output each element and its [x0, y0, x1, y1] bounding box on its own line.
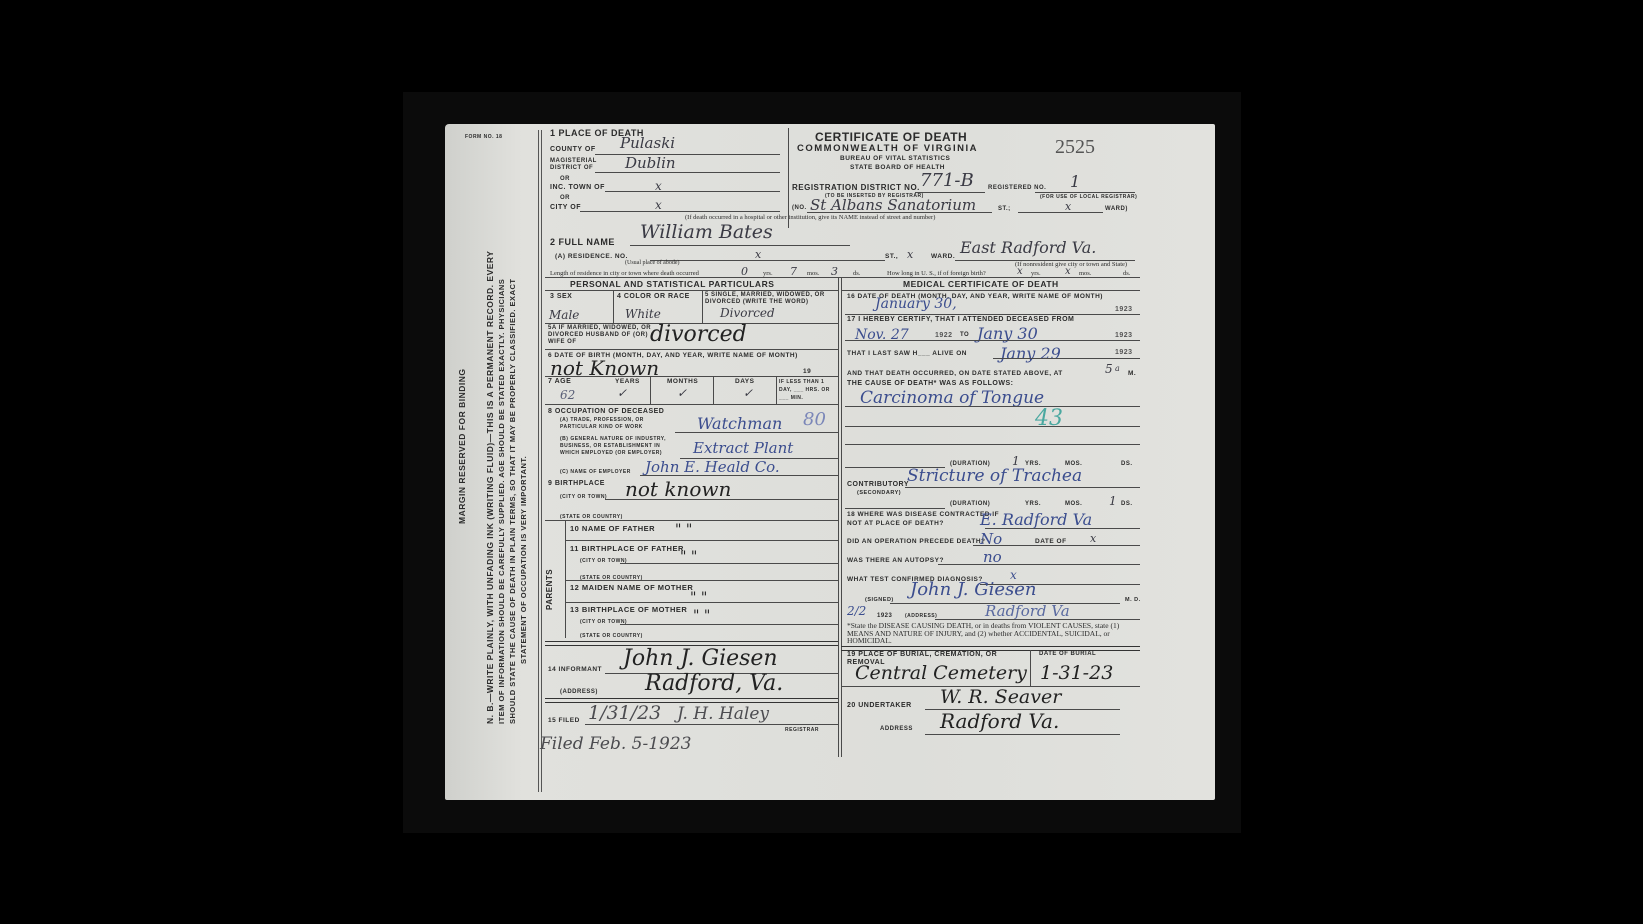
- cause-footnote: *State the DISEASE CAUSING DEATH, or in …: [847, 622, 1139, 645]
- filed-date-value: 1/31/23: [588, 702, 661, 724]
- filed-note: Filed Feb. 5-1923: [540, 734, 691, 754]
- full-name-label: 2 FULL NAME: [550, 237, 615, 247]
- cause-of-death-value: Carcinoma of Tongue: [860, 388, 1044, 408]
- certificate-number: 2525: [1055, 136, 1095, 159]
- contracted-value: E. Radford Va: [980, 510, 1092, 529]
- reg-district-label: REGISTRATION DISTRICT NO.: [792, 183, 920, 192]
- last-saw-value: Jany 29: [1000, 344, 1061, 363]
- margin-instruction-line4: STATEMENT OF OCCUPATION IS VERY IMPORTAN…: [519, 456, 528, 664]
- spouse-value: divorced: [650, 322, 747, 347]
- margin-instruction-line1: N. B.—WRITE PLAINLY, WITH UNFADING INK (…: [485, 251, 495, 724]
- undertaker-address-value: Radford Va.: [940, 709, 1059, 733]
- mother-birthplace-value: " ": [693, 608, 710, 624]
- commonwealth-title: COMMONWEALTH OF VIRGINIA: [797, 143, 978, 154]
- trade-code: 80: [803, 409, 826, 430]
- form-number: FORM NO. 18: [465, 134, 502, 140]
- registered-no-label: REGISTERED NO.: [988, 185, 1046, 191]
- institution-value: St Albans Sanatorium: [810, 196, 976, 214]
- registered-no-value: 1: [1070, 172, 1080, 191]
- inc-town-value: x: [655, 179, 662, 193]
- margin-border-outer: [538, 130, 539, 792]
- inc-town-label: INC. TOWN OF: [550, 184, 605, 191]
- magisterial-label: MAGISTERIAL DISTRICT OF: [550, 158, 610, 172]
- header-divider: [788, 128, 789, 228]
- birthplace-value: not known: [625, 477, 731, 501]
- ward-value: East Radford Va.: [960, 238, 1096, 257]
- county-value: Pulaski: [620, 134, 675, 152]
- marital-value: Divorced: [720, 306, 775, 320]
- burial-place-value: Central Cemetery: [855, 662, 1027, 684]
- full-name-value: William Bates: [640, 221, 773, 243]
- cause-code: 43: [1035, 406, 1063, 431]
- margin-instruction-line3: SHOULD STATE THE CAUSE OF DEATH IN PLAIN…: [508, 279, 517, 724]
- trade-value: Watchman: [697, 414, 782, 433]
- mother-value: " ": [690, 590, 707, 606]
- father-birthplace-value: " ": [680, 549, 697, 565]
- employer-value: John E. Heald Co.: [645, 458, 780, 476]
- city-label: CITY OF: [550, 204, 581, 211]
- county-label: COUNTY OF: [550, 146, 596, 153]
- city-value: x: [655, 198, 662, 212]
- margin-instruction-line2: ITEM OF INFORMATION SHOULD BE CAREFULLY …: [497, 279, 506, 724]
- burial-date-value: 1-31-23: [1040, 662, 1113, 684]
- race-value: White: [625, 307, 661, 321]
- undertaker-value: W. R. Seaver: [940, 686, 1061, 708]
- registrar-signature: J. H. Haley: [677, 704, 769, 724]
- industry-value: Extract Plant: [693, 439, 793, 457]
- personal-heading: PERSONAL AND STATISTICAL PARTICULARS: [570, 279, 774, 289]
- reg-district-value: 771-B: [920, 170, 974, 191]
- physician-signature: John J. Giesen: [910, 579, 1037, 600]
- informant-value: John J. Giesen: [623, 646, 778, 671]
- father-value: " ": [675, 522, 692, 538]
- contributory-value: Stricture of Trachea: [907, 466, 1082, 486]
- signed-date: 2/2: [847, 604, 866, 618]
- bureau-title: BUREAU OF VITAL STATISTICS: [840, 155, 950, 162]
- certificate-title: CERTIFICATE OF DEATH: [815, 130, 967, 144]
- death-certificate: FORM NO. 18 MARGIN RESERVED FOR BINDING …: [445, 124, 1215, 800]
- column-divider: [838, 277, 839, 757]
- date-of-death-value: January 30,: [875, 296, 957, 312]
- age-years-value: 62: [560, 388, 575, 402]
- medical-heading: MEDICAL CERTIFICATE OF DEATH: [903, 279, 1059, 289]
- informant-address-value: Radford, Va.: [645, 671, 783, 696]
- parents-label: PARENTS: [545, 569, 554, 610]
- margin-border-inner: [541, 130, 542, 792]
- physician-address: Radford Va: [985, 602, 1070, 620]
- margin-binding-note: MARGIN RESERVED FOR BINDING: [457, 369, 467, 525]
- magisterial-value: Dublin: [625, 154, 676, 172]
- sex-value: Male: [549, 308, 579, 322]
